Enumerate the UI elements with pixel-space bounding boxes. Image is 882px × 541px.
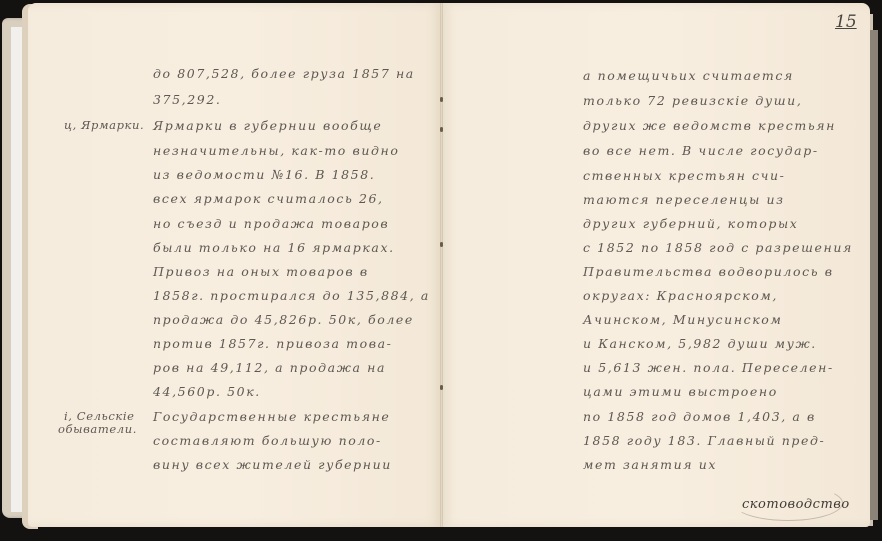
text-line: таются переселенцы из [583,192,785,207]
text-line: мет занятия их [583,457,717,472]
binding-stitch [440,97,443,102]
text-line: 375,292. [153,92,221,107]
text-line: других губерний, которых [583,216,798,231]
page-number: 15 [835,12,857,32]
text-line: Ярмарки в губернии вообще [153,118,382,133]
text-line: ров на 49,112, а продажа на [153,360,386,375]
text-line: округах: Красноярском, [583,288,778,303]
margin-note: ц, Ярмарки. [64,118,144,132]
binding-stitch [440,127,443,132]
text-line: Ачинском, Минусинском [583,312,782,327]
text-line: а помещичьих считается [583,68,794,83]
text-line: незначительны, как-то видно [153,143,400,158]
binding-stitch [440,385,443,390]
margin-note: обыватели. [58,422,137,436]
text-line: цами этими выстроено [583,384,778,399]
text-line: во все нет. В числе государ- [583,143,819,158]
text-line: составляют большую поло- [153,433,382,448]
text-line: и 5,613 жен. пола. Переселен- [583,360,834,375]
text-line: Привоз на оных товаров в [153,264,369,279]
binding-stitch [440,242,443,247]
catchword: скотоводство [742,497,850,512]
text-line: Правительства водворилось в [583,264,834,279]
text-line: с 1852 по 1858 год с разрешения [583,240,853,255]
text-line: Государственные крестьяне [153,409,390,424]
text-line: но съезд и продажа товаров [153,216,389,231]
text-line: всех ярмарок считалось 26, [153,191,384,206]
text-line: были только на 16 ярмарках. [153,240,395,255]
text-line: продажа до 45,826р. 50к, более [153,312,414,327]
text-line: 1858г. простирался до 135,884, а [153,288,430,303]
text-line: до 807,528, более груза 1857 на [153,66,415,81]
text-line: 1858 году 183. Главный пред- [583,433,825,448]
text-line: по 1858 год домов 1,403, а в [583,409,816,424]
open-notebook: до 807,528, более груза 1857 на 375,292.… [0,0,882,541]
text-line: из ведомости №16. В 1858. [153,167,375,182]
text-line: ственных крестьян счи- [583,168,785,183]
text-line: против 1857г. привоза това- [153,336,392,351]
text-line: только 72 ревизскіе души, [583,93,802,108]
text-line: других же ведомств крестьян [583,118,836,133]
book-gutter [440,3,443,527]
text-line: 44,560р. 50к. [153,384,261,399]
text-line: вину всех жителей губернии [153,457,392,472]
text-line: и Канском, 5,982 души муж. [583,336,817,351]
margin-note: і, Сельскіе [64,409,135,423]
